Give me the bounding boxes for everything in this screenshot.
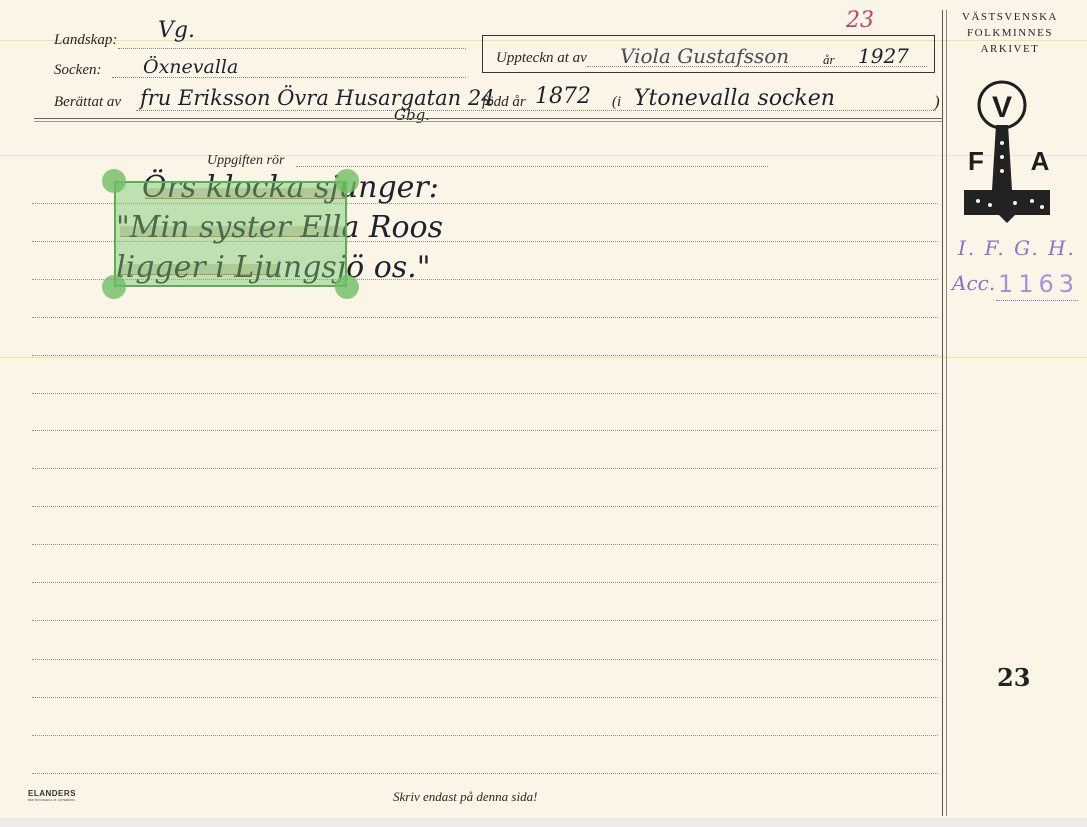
header-rule [34,118,942,119]
scan-artifact-line [0,155,1087,156]
berattat-value: fru Eriksson Övra Husargatan 24 [140,86,495,110]
ar-value: 1927 [858,44,909,68]
resize-handle-bottom-right[interactable] [335,275,359,299]
margin-rule [946,10,947,816]
svg-text:A: A [1031,146,1050,176]
resize-handle-bottom-left[interactable] [102,275,126,299]
ar-label: år [823,52,835,68]
archive-name: VÄSTSVENSKA FOLKMINNES ARKIVET [950,9,1070,57]
scan-edge [0,818,1087,827]
landskap-label: Landskap: [54,32,117,49]
ruled-line [32,317,938,318]
stamp-acc-number: 1163 [998,270,1079,298]
ruled-line [296,166,768,167]
ruled-line [32,697,938,698]
ruled-line [32,506,938,507]
selection-box[interactable] [114,181,347,287]
socken-label: Socken: [54,62,101,79]
uppgiften-label: Uppgiften rör [207,153,284,169]
red-page-number: 23 [846,8,874,33]
upptecknat-label: Uppteckn at av [496,50,587,67]
i-value: Ytonevalla socken [634,86,835,111]
printer-logo: ELANDERS BOKTRYCKERI A.-B. GÖTEBORG [28,789,92,802]
resize-handle-top-left[interactable] [102,169,126,193]
ruled-line [32,544,938,545]
socken-value: Öxnevalla [143,56,238,78]
stamp-acc-line [996,300,1078,301]
archive-card: Landskap: Vg. Socken: Öxnevalla Uppteckn… [0,0,1087,818]
fodd-label: född år [482,94,526,111]
header-rule [34,121,942,122]
ruled-line [32,735,938,736]
ruled-line [32,773,938,774]
footer-instruction: Skriv endast på denna sida! [393,789,537,805]
page-number: 23 [997,663,1030,692]
margin-rule [942,10,943,816]
svg-text:F: F [968,146,984,176]
landskap-value: Vg. [158,18,195,43]
archive-name-line3: ARKIVET [950,41,1070,57]
i-label: (i [612,94,621,111]
upptecknat-value: Viola Gustafsson [620,44,789,68]
fodd-value: 1872 [535,84,591,109]
landskap-line [118,48,466,49]
berattat-label: Berättat av [54,94,121,111]
ruled-line [32,659,938,660]
printer-sub: BOKTRYCKERI A.-B. GÖTEBORG [28,798,92,802]
archive-name-line2: FOLKMINNES [950,25,1070,41]
scan-artifact-line [0,357,1087,358]
close-paren: ) [934,92,940,112]
ruled-line [32,468,938,469]
ruled-line [32,620,938,621]
ruled-line [32,355,938,356]
ruled-line [32,430,938,431]
ruled-line [32,393,938,394]
stamp-acc-label: Acc. [952,271,995,295]
stamp-ifgh: I. F. G. H. [958,236,1076,260]
resize-handle-top-right[interactable] [335,169,359,193]
archive-name-line1: VÄSTSVENSKA [950,9,1070,25]
ruled-line [32,582,938,583]
vfa-logo-icon: V F A [960,75,1060,225]
svg-text:V: V [992,91,1012,124]
printer-name: ELANDERS [28,789,92,798]
